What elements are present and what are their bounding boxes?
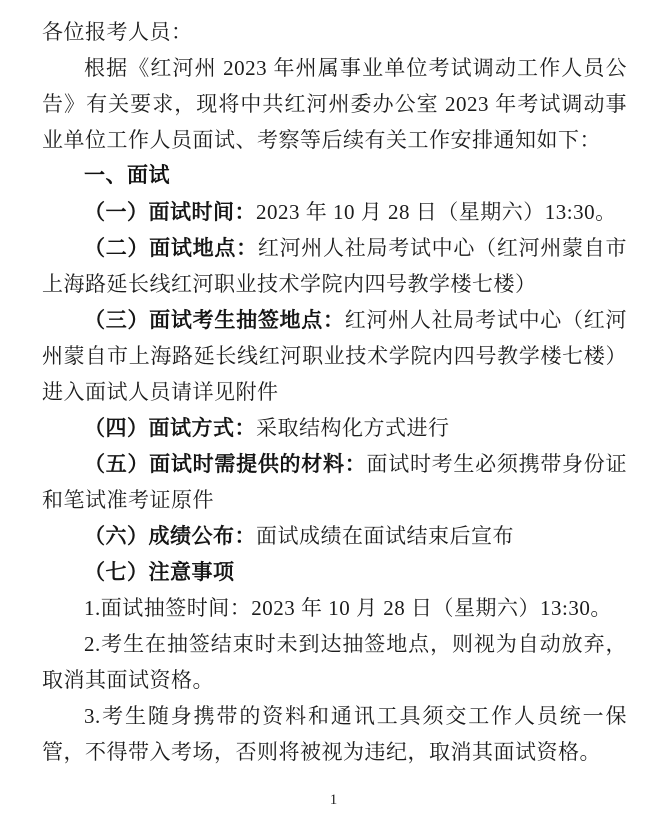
item-notes-heading: （七）注意事项 bbox=[42, 554, 627, 590]
section-heading-interview: 一、面试 bbox=[42, 158, 627, 194]
item-draw-location-label: （三）面试考生抽签地点： bbox=[84, 308, 345, 332]
note-2-text: 2.考生在抽签结束时未到达抽签地点，则视为自动放弃，取消其面试资格。 bbox=[42, 632, 627, 692]
item-interview-time: （一）面试时间：2023 年 10 月 28 日（星期六）13:30。 bbox=[42, 194, 627, 230]
note-3-text: 3.考生随身携带的资料和通讯工具须交工作人员统一保管，不得带入考场，否则将被视为… bbox=[42, 704, 627, 764]
item-draw-location: （三）面试考生抽签地点：红河州人社局考试中心（红河州蒙自市上海路延长线红河职业技… bbox=[42, 302, 627, 410]
item-required-materials: （五）面试时需提供的材料：面试时考生必须携带身份证和笔试准考证原件 bbox=[42, 446, 627, 518]
item-interview-time-label: （一）面试时间： bbox=[84, 200, 256, 224]
intro-text: 根据《红河州 2023 年州属事业单位考试调动工作人员公告》有关要求，现将中共红… bbox=[42, 56, 627, 152]
item-score-announcement-label: （六）成绩公布： bbox=[84, 524, 256, 548]
note-2: 2.考生在抽签结束时未到达抽签地点，则视为自动放弃，取消其面试资格。 bbox=[42, 626, 627, 698]
intro-paragraph: 根据《红河州 2023 年州属事业单位考试调动工作人员公告》有关要求，现将中共红… bbox=[42, 50, 627, 158]
item-required-materials-label: （五）面试时需提供的材料： bbox=[84, 452, 366, 476]
note-1-text: 1.面试抽签时间：2023 年 10 月 28 日（星期六）13:30。 bbox=[84, 596, 612, 620]
item-interview-format-label: （四）面试方式： bbox=[84, 416, 256, 440]
salutation-text: 各位报考人员： bbox=[42, 20, 193, 44]
salutation: 各位报考人员： bbox=[42, 14, 627, 50]
document-page: 各位报考人员： 根据《红河州 2023 年州属事业单位考试调动工作人员公告》有关… bbox=[0, 0, 667, 823]
note-3: 3.考生随身携带的资料和通讯工具须交工作人员统一保管，不得带入考场，否则将被视为… bbox=[42, 698, 627, 770]
section-heading-text: 一、面试 bbox=[84, 164, 170, 187]
item-interview-time-text: 2023 年 10 月 28 日（星期六）13:30。 bbox=[256, 200, 617, 224]
item-interview-format: （四）面试方式：采取结构化方式进行 bbox=[42, 410, 627, 446]
item-interview-format-text: 采取结构化方式进行 bbox=[256, 416, 450, 440]
item-interview-location-label: （二）面试地点： bbox=[84, 236, 258, 260]
note-1: 1.面试抽签时间：2023 年 10 月 28 日（星期六）13:30。 bbox=[42, 590, 627, 626]
item-score-announcement: （六）成绩公布：面试成绩在面试结束后宣布 bbox=[42, 518, 627, 554]
item-score-announcement-text: 面试成绩在面试结束后宣布 bbox=[256, 524, 514, 548]
item-interview-location: （二）面试地点：红河州人社局考试中心（红河州蒙自市上海路延长线红河职业技术学院内… bbox=[42, 230, 627, 302]
page-number: 1 bbox=[0, 792, 667, 809]
item-notes-heading-label: （七）注意事项 bbox=[84, 560, 235, 584]
document-body: 各位报考人员： 根据《红河州 2023 年州属事业单位考试调动工作人员公告》有关… bbox=[42, 14, 627, 770]
